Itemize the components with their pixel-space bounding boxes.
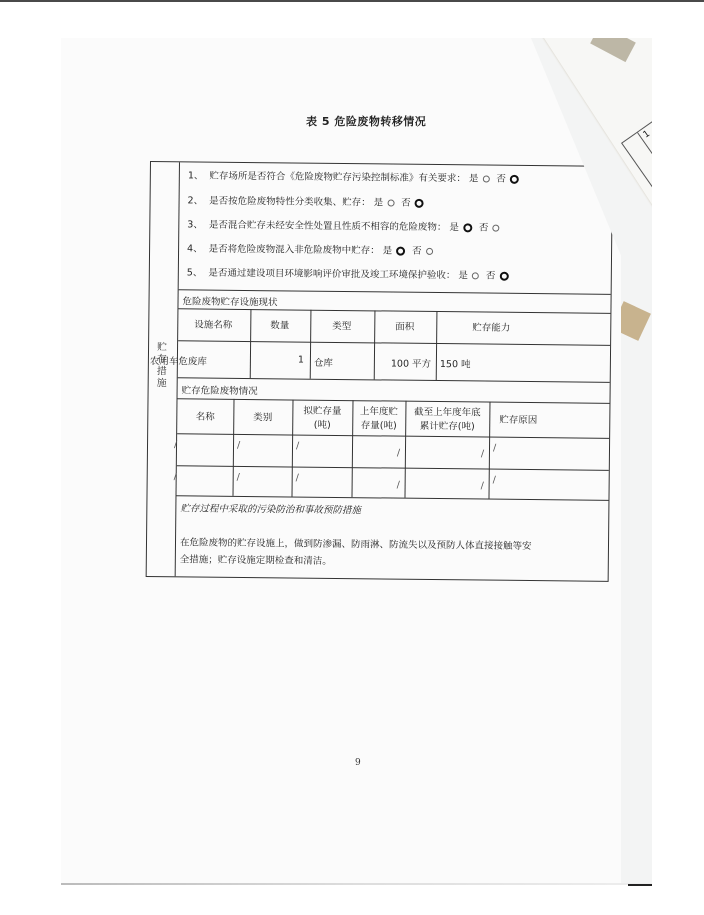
yes-label: 是 [466,173,479,184]
no-radio-icon[interactable] [426,248,433,255]
yes-radio-icon[interactable] [387,199,394,206]
question-text: 是否按危险废物特性分类收集、贮存： [209,196,371,209]
waste-header-cell: 上年度贮 存量(吨) [352,405,405,434]
measures-section-heading: 贮存过程中采取的污染防治和事故预防措施 [180,500,361,516]
no-radio-icon[interactable] [510,175,519,184]
facility-cell: 150 吨 [440,356,471,370]
question-number: 3、 [187,219,203,230]
yes-radio-icon[interactable] [396,247,405,256]
no-radio-icon[interactable] [492,225,499,232]
yes-label: 是 [380,245,393,256]
question-text: 是否混合贮存未经安全性处置且性质不相容的危险废物： [209,220,447,233]
waste-header-cell: 拟贮存量 (吨) [292,405,352,434]
side-column: 贮存措施 [147,162,180,576]
facility-cell: 100 平方 [391,356,431,370]
waste-cell: / [397,480,400,491]
yes-radio-icon[interactable] [482,175,489,182]
yes-radio-icon[interactable] [463,223,472,232]
facility-cell: 仓库 [314,355,333,369]
page-edge [61,883,652,885]
table-content: 1、贮存场所是否符合《危险废物贮存污染控制标准》有关要求： 是 否2、是否按危险… [176,162,612,581]
question-number: 1、 [188,170,204,181]
facility-header-cell: 设施名称 [194,316,232,330]
waste-cell: / [296,441,299,452]
no-label: 否 [409,246,422,257]
waste-cell: / [237,472,240,483]
question-2: 2、是否按危险废物特性分类收集、贮存： 是 否 [188,192,428,209]
question-4: 4、是否将危险废物混入非危险废物中贮存： 是 否 [187,240,437,257]
facility-section-heading: 危险废物贮存设施现状 [182,293,277,308]
waste-header-cell: 类别 [233,411,292,426]
document-page: 表 5 危险废物转移情况 贮存措施 1、贮存场所是否符合《危险废物贮存污染控制标… [61,38,621,885]
waste-cell: / [493,475,496,486]
yes-radio-icon[interactable] [472,272,479,279]
waste-cell: / [481,480,484,491]
waste-cell: / [174,471,177,482]
yes-label: 是 [371,197,384,208]
no-label: 否 [398,198,411,209]
waste-header-cell: 贮存原因 [489,414,547,429]
yes-label: 是 [446,222,459,233]
storage-measures-table: 贮存措施 1、贮存场所是否符合《危险废物贮存污染控制标准》有关要求： 是 否2、… [146,161,613,582]
waste-cell: / [481,448,484,459]
question-number: 2、 [188,195,204,206]
document-photo: 1 表 5 危险废物转移情况 贮存措施 1、贮存场所是否符合《危险废物贮存污染控… [61,38,652,885]
question-text: 贮存场所是否符合《危险废物贮存污染控制标准》有关要求： [209,171,466,185]
no-radio-icon[interactable] [499,272,508,281]
question-5: 5、是否通过建设项目环境影响评价审批及竣工环境保护验收： 是 否 [187,264,513,281]
page-number: 9 [355,758,361,768]
facility-header-cell: 类型 [332,318,351,332]
question-text: 是否通过建设项目环境影响评价审批及竣工环境保护验收： [208,268,455,282]
waste-header-cell: 名称 [177,410,233,425]
no-label: 否 [476,222,489,233]
waste-cell: / [237,440,240,451]
question-text: 是否将危险废物混入非危险废物中贮存： [209,244,380,257]
question-3: 3、是否混合贮存未经安全性处置且性质不相容的危险废物： 是 否 [187,216,503,233]
facility-cell: 农用车危废库 [150,353,207,368]
facility-header-cell: 面积 [395,319,414,333]
no-radio-icon[interactable] [415,199,424,208]
question-number: 5、 [187,267,203,278]
no-label: 否 [493,174,506,185]
yes-label: 是 [455,270,468,281]
top-border [0,0,704,2]
waste-cell: / [174,439,177,450]
facility-cell: 1 [298,355,304,366]
measures-text: 在危险废物的贮存设施上，做到防渗漏、防雨淋、防流失以及预防人体直接接触等安全措施… [180,534,540,572]
waste-cell: / [493,443,496,454]
question-number: 4、 [187,243,203,254]
waste-cell: / [296,473,299,484]
facility-header-cell: 数量 [270,317,289,331]
corner-mark [628,884,652,886]
question-1: 1、贮存场所是否符合《危险废物贮存污染控制标准》有关要求： 是 否 [188,167,523,185]
waste-cell: / [397,448,400,459]
waste-header-cell: 截至上年度年底 累计贮存(吨) [405,406,489,435]
no-label: 否 [483,270,496,281]
table-title: 表 5 危险废物转移情况 [306,113,426,129]
facility-header-cell: 贮存能力 [472,319,510,333]
waste-section-heading: 贮存危险废物情况 [182,382,258,397]
